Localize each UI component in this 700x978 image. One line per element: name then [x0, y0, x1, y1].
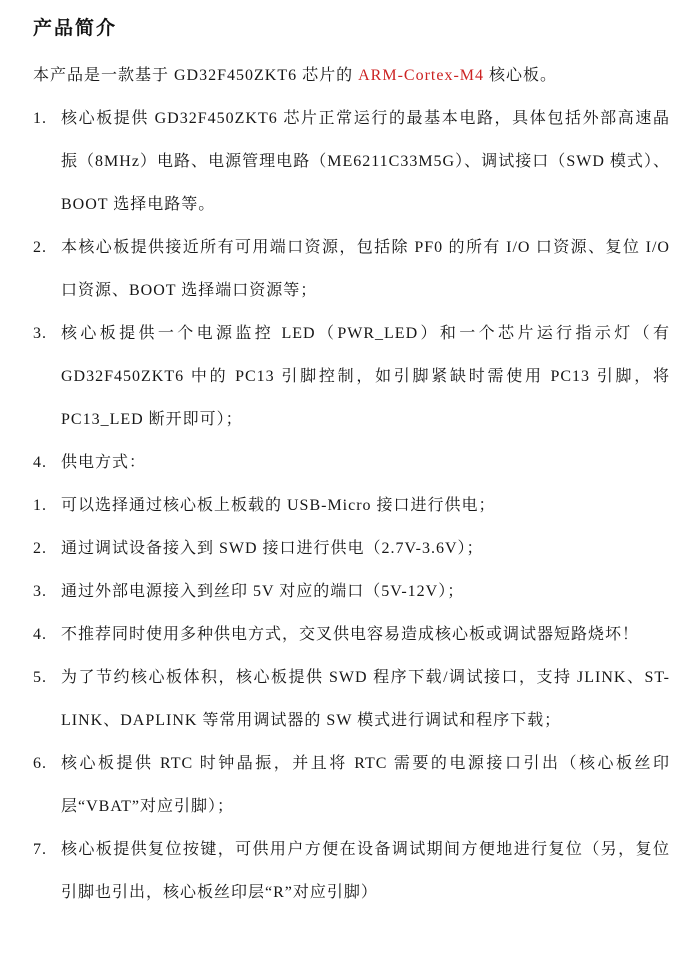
item-number: 1.	[33, 484, 61, 527]
item-number: 7.	[33, 828, 61, 914]
feature-list: 1. 核心板提供 GD32F450ZKT6 芯片正常运行的最基本电路，具体包括外…	[33, 97, 670, 914]
item-text: 可以选择通过核心板上板载的 USB-Micro 接口进行供电；	[61, 484, 670, 527]
list-item: 4. 供电方式：	[33, 441, 670, 484]
item-text: 本核心板提供接近所有可用端口资源，包括除 PF0 的所有 I/O 口资源、复位 …	[61, 226, 670, 312]
list-item: 5. 为了节约核心板体积，核心板提供 SWD 程序下载/调试接口，支持 JLIN…	[33, 656, 670, 742]
list-item: 2. 通过调试设备接入到 SWD 接口进行供电（2.7V-3.6V）；	[33, 527, 670, 570]
intro-paragraph: 本产品是一款基于 GD32F450ZKT6 芯片的 ARM-Cortex-M4 …	[33, 54, 670, 97]
item-text: 为了节约核心板体积，核心板提供 SWD 程序下载/调试接口，支持 JLINK、S…	[61, 656, 670, 742]
item-text: 核心板提供一个电源监控 LED（PWR_LED）和一个芯片运行指示灯（有 GD3…	[61, 312, 670, 441]
document-page: 产品简介 本产品是一款基于 GD32F450ZKT6 芯片的 ARM-Corte…	[0, 0, 700, 978]
item-text: 核心板提供 RTC 时钟晶振，并且将 RTC 需要的电源接口引出（核心板丝印层“…	[61, 742, 670, 828]
item-number: 1.	[33, 97, 61, 226]
item-text: 供电方式：	[61, 441, 670, 484]
list-item: 2. 本核心板提供接近所有可用端口资源，包括除 PF0 的所有 I/O 口资源、…	[33, 226, 670, 312]
item-number: 3.	[33, 570, 61, 613]
list-item: 3. 核心板提供一个电源监控 LED（PWR_LED）和一个芯片运行指示灯（有 …	[33, 312, 670, 441]
item-number: 6.	[33, 742, 61, 828]
item-number: 3.	[33, 312, 61, 441]
list-item: 7. 核心板提供复位按键，可供用户方便在设备调试期间方便地进行复位（另，复位引脚…	[33, 828, 670, 914]
list-item: 3. 通过外部电源接入到丝印 5V 对应的端口（5V-12V）；	[33, 570, 670, 613]
item-text: 核心板提供复位按键，可供用户方便在设备调试期间方便地进行复位（另，复位引脚也引出…	[61, 828, 670, 914]
list-item: 6. 核心板提供 RTC 时钟晶振，并且将 RTC 需要的电源接口引出（核心板丝…	[33, 742, 670, 828]
item-text: 通过外部电源接入到丝印 5V 对应的端口（5V-12V）；	[61, 570, 670, 613]
item-text: 核心板提供 GD32F450ZKT6 芯片正常运行的最基本电路，具体包括外部高速…	[61, 97, 670, 226]
list-item: 4. 不推荐同时使用多种供电方式，交叉供电容易造成核心板或调试器短路烧坏！	[33, 613, 670, 656]
item-number: 2.	[33, 527, 61, 570]
intro-text-segment: 本产品是一款基于 GD32F450ZKT6 芯片的	[33, 67, 358, 84]
list-item: 1. 核心板提供 GD32F450ZKT6 芯片正常运行的最基本电路，具体包括外…	[33, 97, 670, 226]
item-number: 2.	[33, 226, 61, 312]
item-number: 5.	[33, 656, 61, 742]
item-number: 4.	[33, 441, 61, 484]
item-text: 不推荐同时使用多种供电方式，交叉供电容易造成核心板或调试器短路烧坏！	[61, 613, 670, 656]
item-number: 4.	[33, 613, 61, 656]
intro-text-segment: 核心板。	[484, 67, 557, 84]
list-item: 1. 可以选择通过核心板上板载的 USB-Micro 接口进行供电；	[33, 484, 670, 527]
highlighted-chip-name: ARM-Cortex-M4	[358, 67, 484, 84]
item-text: 通过调试设备接入到 SWD 接口进行供电（2.7V-3.6V）；	[61, 527, 670, 570]
document-title: 产品简介	[33, 14, 670, 44]
